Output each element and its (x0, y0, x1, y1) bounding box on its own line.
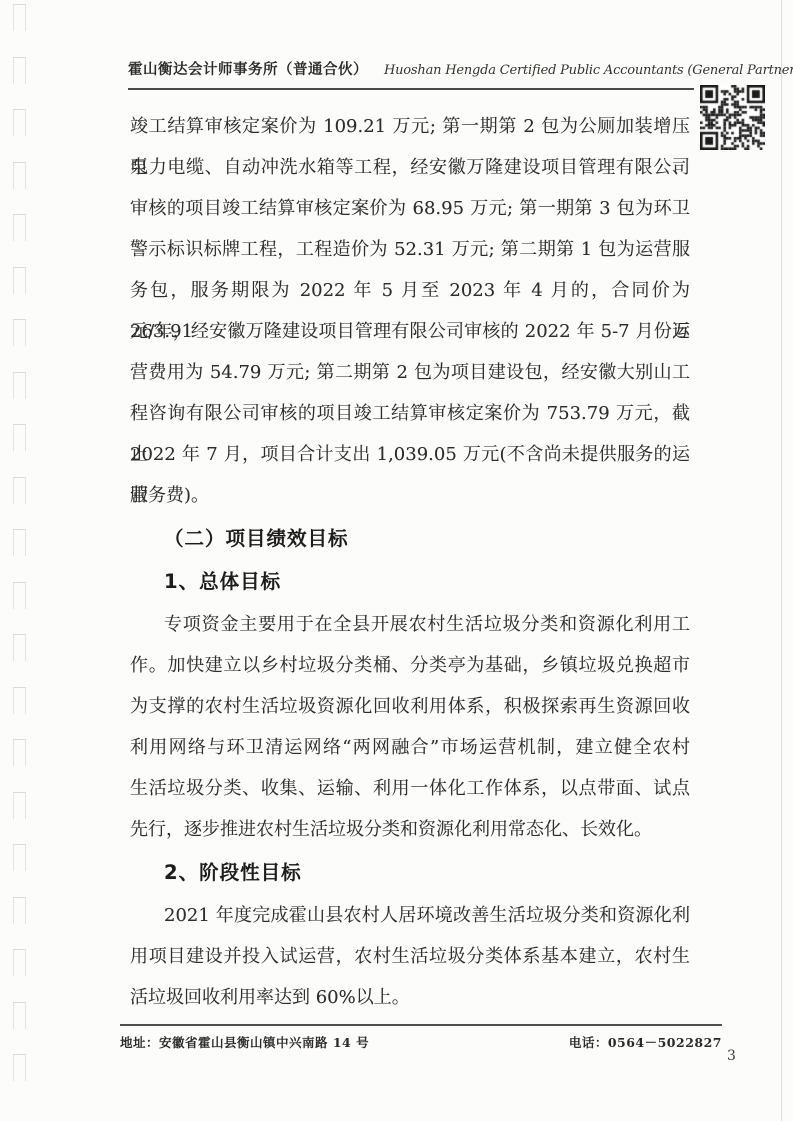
text-line: 2022 年 7 月，项目合计支出 1,039.05 万元(不含尚未提供服务的运… (130, 434, 690, 475)
text-line: 为支撑的农村生活垃圾资源化回收利用体系，积极探索再生资源回收 (130, 686, 690, 727)
binding-ring-mark (13, 949, 26, 976)
binding-ring-mark (13, 214, 26, 241)
binding-ring-mark (13, 897, 26, 924)
page-footer: 地址：安徽省霍山县衡山镇中兴南路 14 号 电话：0564－5022827 (120, 1024, 722, 1051)
binding-ring-mark (13, 477, 26, 504)
document-page: 霍山衡达会计师事务所（普通合伙） Huoshan Hengda Certifie… (0, 0, 793, 1121)
text-line: 2021 年度完成霍山县农村人居环境改善生活垃圾分类和资源化利 (130, 895, 690, 936)
firm-name-chinese: 霍山衡达会计师事务所（普通合伙） (128, 58, 368, 79)
text-line: 元/年，经安徽万隆建设项目管理有限公司审核的 2022 年 5-7 月份运 (130, 311, 690, 352)
text-line: 作。加快建立以乡村垃圾分类桶、分类亭为基础，乡镇垃圾兑换超市 (130, 645, 690, 686)
text-line: 审核的项目竣工结算审核定案价为 68.95 万元; 第一期第 3 包为环卫 (130, 188, 690, 229)
binding-ring-mark (13, 634, 26, 661)
binding-ring-mark (13, 372, 26, 399)
section-heading: 1、总体目标 (130, 561, 690, 602)
section-heading: 2、阶段性目标 (130, 852, 690, 893)
text-line: 警示标识标牌工程，工程造价为 52.31 万元; 第二期第 1 包为运营服 (130, 229, 690, 270)
footer-phone: 电话：0564－5022827 (569, 1033, 722, 1051)
page-header: 霍山衡达会计师事务所（普通合伙） Huoshan Hengda Certifie… (128, 58, 694, 90)
text-line: 生活垃圾分类、收集、运输、利用一体化工作体系，以点带面、试点 (130, 768, 690, 809)
qr-code (700, 85, 765, 150)
text-line: 先行，逐步推进农村生活垃圾分类和资源化利用常态化、长效化。 (130, 809, 690, 850)
footer-address: 地址：安徽省霍山县衡山镇中兴南路 14 号 (120, 1033, 369, 1051)
page-number: 3 (727, 1048, 736, 1064)
binding-ring-mark (13, 424, 26, 451)
binding-ring-mark (13, 792, 26, 819)
binding-ring-mark (13, 844, 26, 871)
document-body: 竣工结算审核定案价为 109.21 万元; 第一期第 2 包为公厕加装增压泵、电… (130, 106, 690, 1018)
binding-ring-mark (13, 687, 26, 714)
binding-ring-mark (13, 267, 26, 294)
text-line: 用项目建设并投入试运营，农村生活垃圾分类体系基本建立，农村生 (130, 936, 690, 977)
text-line: 程咨询有限公司审核的项目竣工结算审核定案价为 753.79 万元，截止 (130, 393, 690, 434)
binding-ring-mark (13, 319, 26, 346)
binding-ring-mark (13, 582, 26, 609)
binding-ring-mark (13, 1054, 26, 1081)
text-line: 务包，服务期限为 2022 年 5 月至 2023 年 4 月的，合同价为 26… (130, 270, 690, 311)
binding-ring-mark (13, 529, 26, 556)
text-line: 电力电缆、自动冲洗水箱等工程，经安徽万隆建设项目管理有限公司 (130, 147, 690, 188)
binding-ring-mark (13, 57, 26, 84)
page-edge-shadow (781, 0, 782, 1121)
section-heading: （二）项目绩效目标 (130, 518, 690, 559)
binding-marks (0, 0, 40, 1121)
text-line: 竣工结算审核定案价为 109.21 万元; 第一期第 2 包为公厕加装增压泵、 (130, 106, 690, 147)
text-line: 服务费)。 (130, 475, 690, 516)
text-line: 活垃圾回收利用率达到 60%以上。 (130, 977, 690, 1018)
firm-name-english: Huoshan Hengda Certified Public Accounta… (384, 63, 793, 78)
binding-ring-mark (13, 109, 26, 136)
text-line: 利用网络与环卫清运网络“两网融合”市场运营机制，建立健全农村 (130, 727, 690, 768)
binding-ring-mark (13, 162, 26, 189)
text-line: 营费用为 54.79 万元; 第二期第 2 包为项目建设包，经安徽大别山工 (130, 352, 690, 393)
binding-ring-mark (13, 4, 26, 31)
binding-ring-mark (13, 1002, 26, 1029)
text-line: 专项资金主要用于在全县开展农村生活垃圾分类和资源化利用工 (130, 604, 690, 645)
binding-ring-mark (13, 739, 26, 766)
